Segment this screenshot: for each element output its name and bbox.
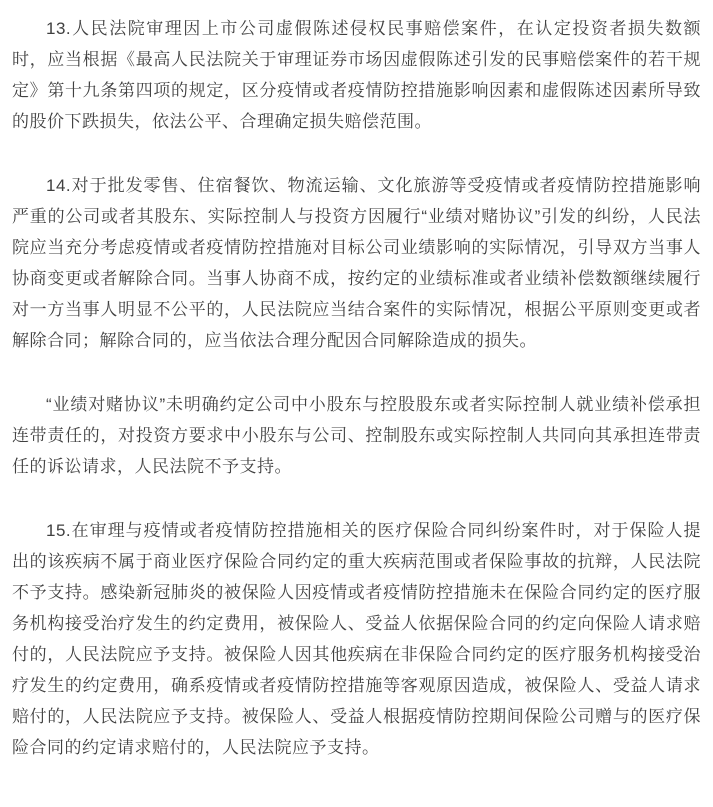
paragraph-item-14-continued: “业绩对赌协议”未明确约定公司中小股东与控股股东或者实际控制人就业绩补偿承担连带… xyxy=(12,389,701,482)
document-page: 13.人民法院审理因上市公司虚假陈述侵权民事赔偿案件，在认定投资者损失数额时，应… xyxy=(0,0,713,807)
paragraph-item-15: 15.在审理与疫情或者疫情防控措施相关的医疗保险合同纠纷案件时，对于保险人提出的… xyxy=(12,515,701,763)
paragraph-item-14: 14.对于批发零售、住宿餐饮、物流运输、文化旅游等受疫情或者疫情防控措施影响严重… xyxy=(12,170,701,356)
paragraph-item-13: 13.人民法院审理因上市公司虚假陈述侵权民事赔偿案件，在认定投资者损失数额时，应… xyxy=(12,13,701,137)
